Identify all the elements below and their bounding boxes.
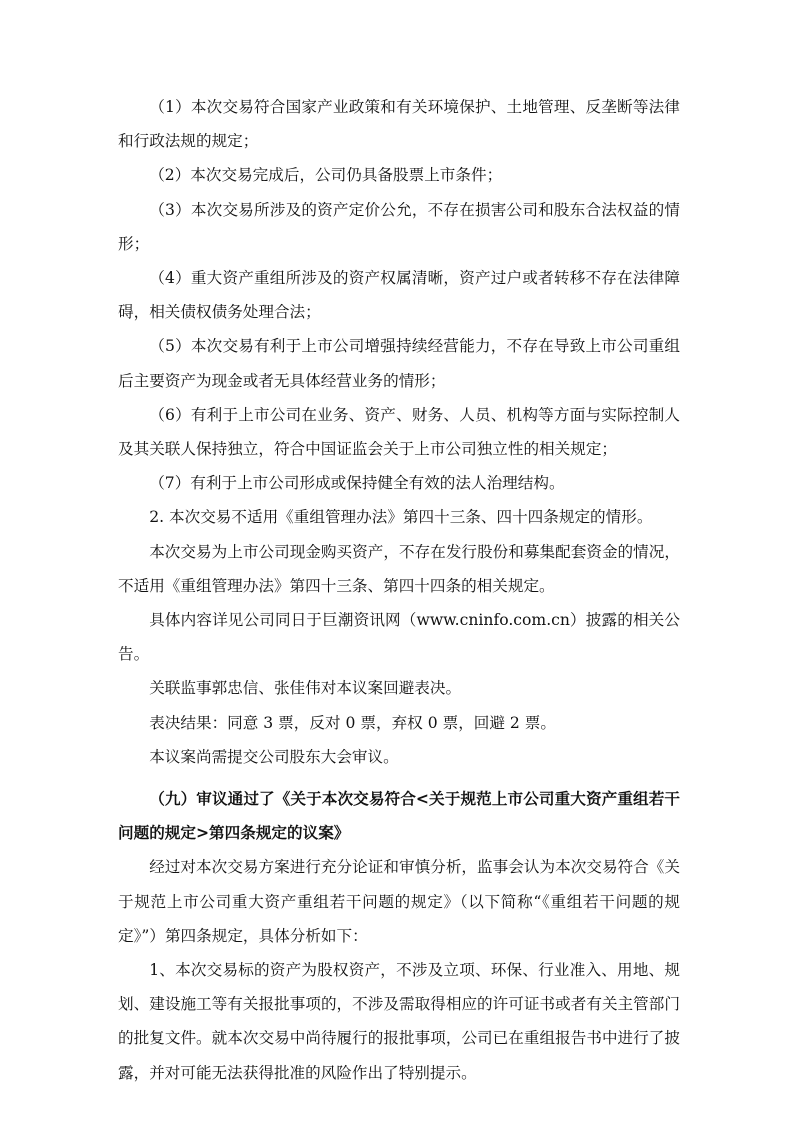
condition-item-4: （4）重大资产重组所涉及的资产权属清晰，资产过户或者转移不存在法律障碍，相关债权… — [118, 261, 680, 329]
document-body: （1）本次交易符合国家产业政策和有关环境保护、土地管理、反垄断等法律和行政法规的… — [118, 90, 680, 1090]
vote-result: 表决结果：同意 3 票，反对 0 票，弃权 0 票，回避 2 票。 — [118, 706, 680, 740]
document-page: （1）本次交易符合国家产业政策和有关环境保护、土地管理、反垄断等法律和行政法规的… — [0, 0, 793, 1122]
condition-item-1: （1）本次交易符合国家产业政策和有关环境保护、土地管理、反垄断等法律和行政法规的… — [118, 90, 680, 158]
shareholder-approval-note: 本议案尚需提交公司股东大会审议。 — [118, 740, 680, 774]
disclosure-note: 具体内容详见公司同日于巨潮资讯网（www.cninfo.com.cn）披露的相关… — [118, 603, 680, 671]
recusal-note: 关联监事郭忠信、张佳伟对本议案回避表决。 — [118, 671, 680, 705]
resolution-9-intro: 经过对本次交易方案进行充分论证和审慎分析，监事会认为本次交易符合《关于规范上市公… — [118, 850, 680, 953]
condition-item-2: （2）本次交易完成后，公司仍具备股票上市条件； — [118, 158, 680, 192]
condition-item-6: （6）有利于上市公司在业务、资产、财务、人员、机构等方面与实际控制人及其关联人保… — [118, 398, 680, 466]
resolution-9-item-1: 1、本次交易标的资产为股权资产，不涉及立项、环保、行业准入、用地、规划、建设施工… — [118, 953, 680, 1090]
condition-item-7: （7）有利于上市公司形成或保持健全有效的法人治理结构。 — [118, 466, 680, 500]
condition-item-5: （5）本次交易有利于上市公司增强持续经营能力，不存在导致上市公司重组后主要资产为… — [118, 329, 680, 397]
resolution-heading-9: （九）审议通过了《关于本次交易符合<关于规范上市公司重大资产重组若干问题的规定>… — [118, 782, 680, 850]
condition-item-3: （3）本次交易所涉及的资产定价公允，不存在损害公司和股东合法权益的情形； — [118, 193, 680, 261]
section-2-title: 2. 本次交易不适用《重组管理办法》第四十三条、四十四条规定的情形。 — [118, 500, 680, 534]
section-2-body: 本次交易为上市公司现金购买资产，不存在发行股份和募集配套资金的情况，不适用《重组… — [118, 535, 680, 603]
